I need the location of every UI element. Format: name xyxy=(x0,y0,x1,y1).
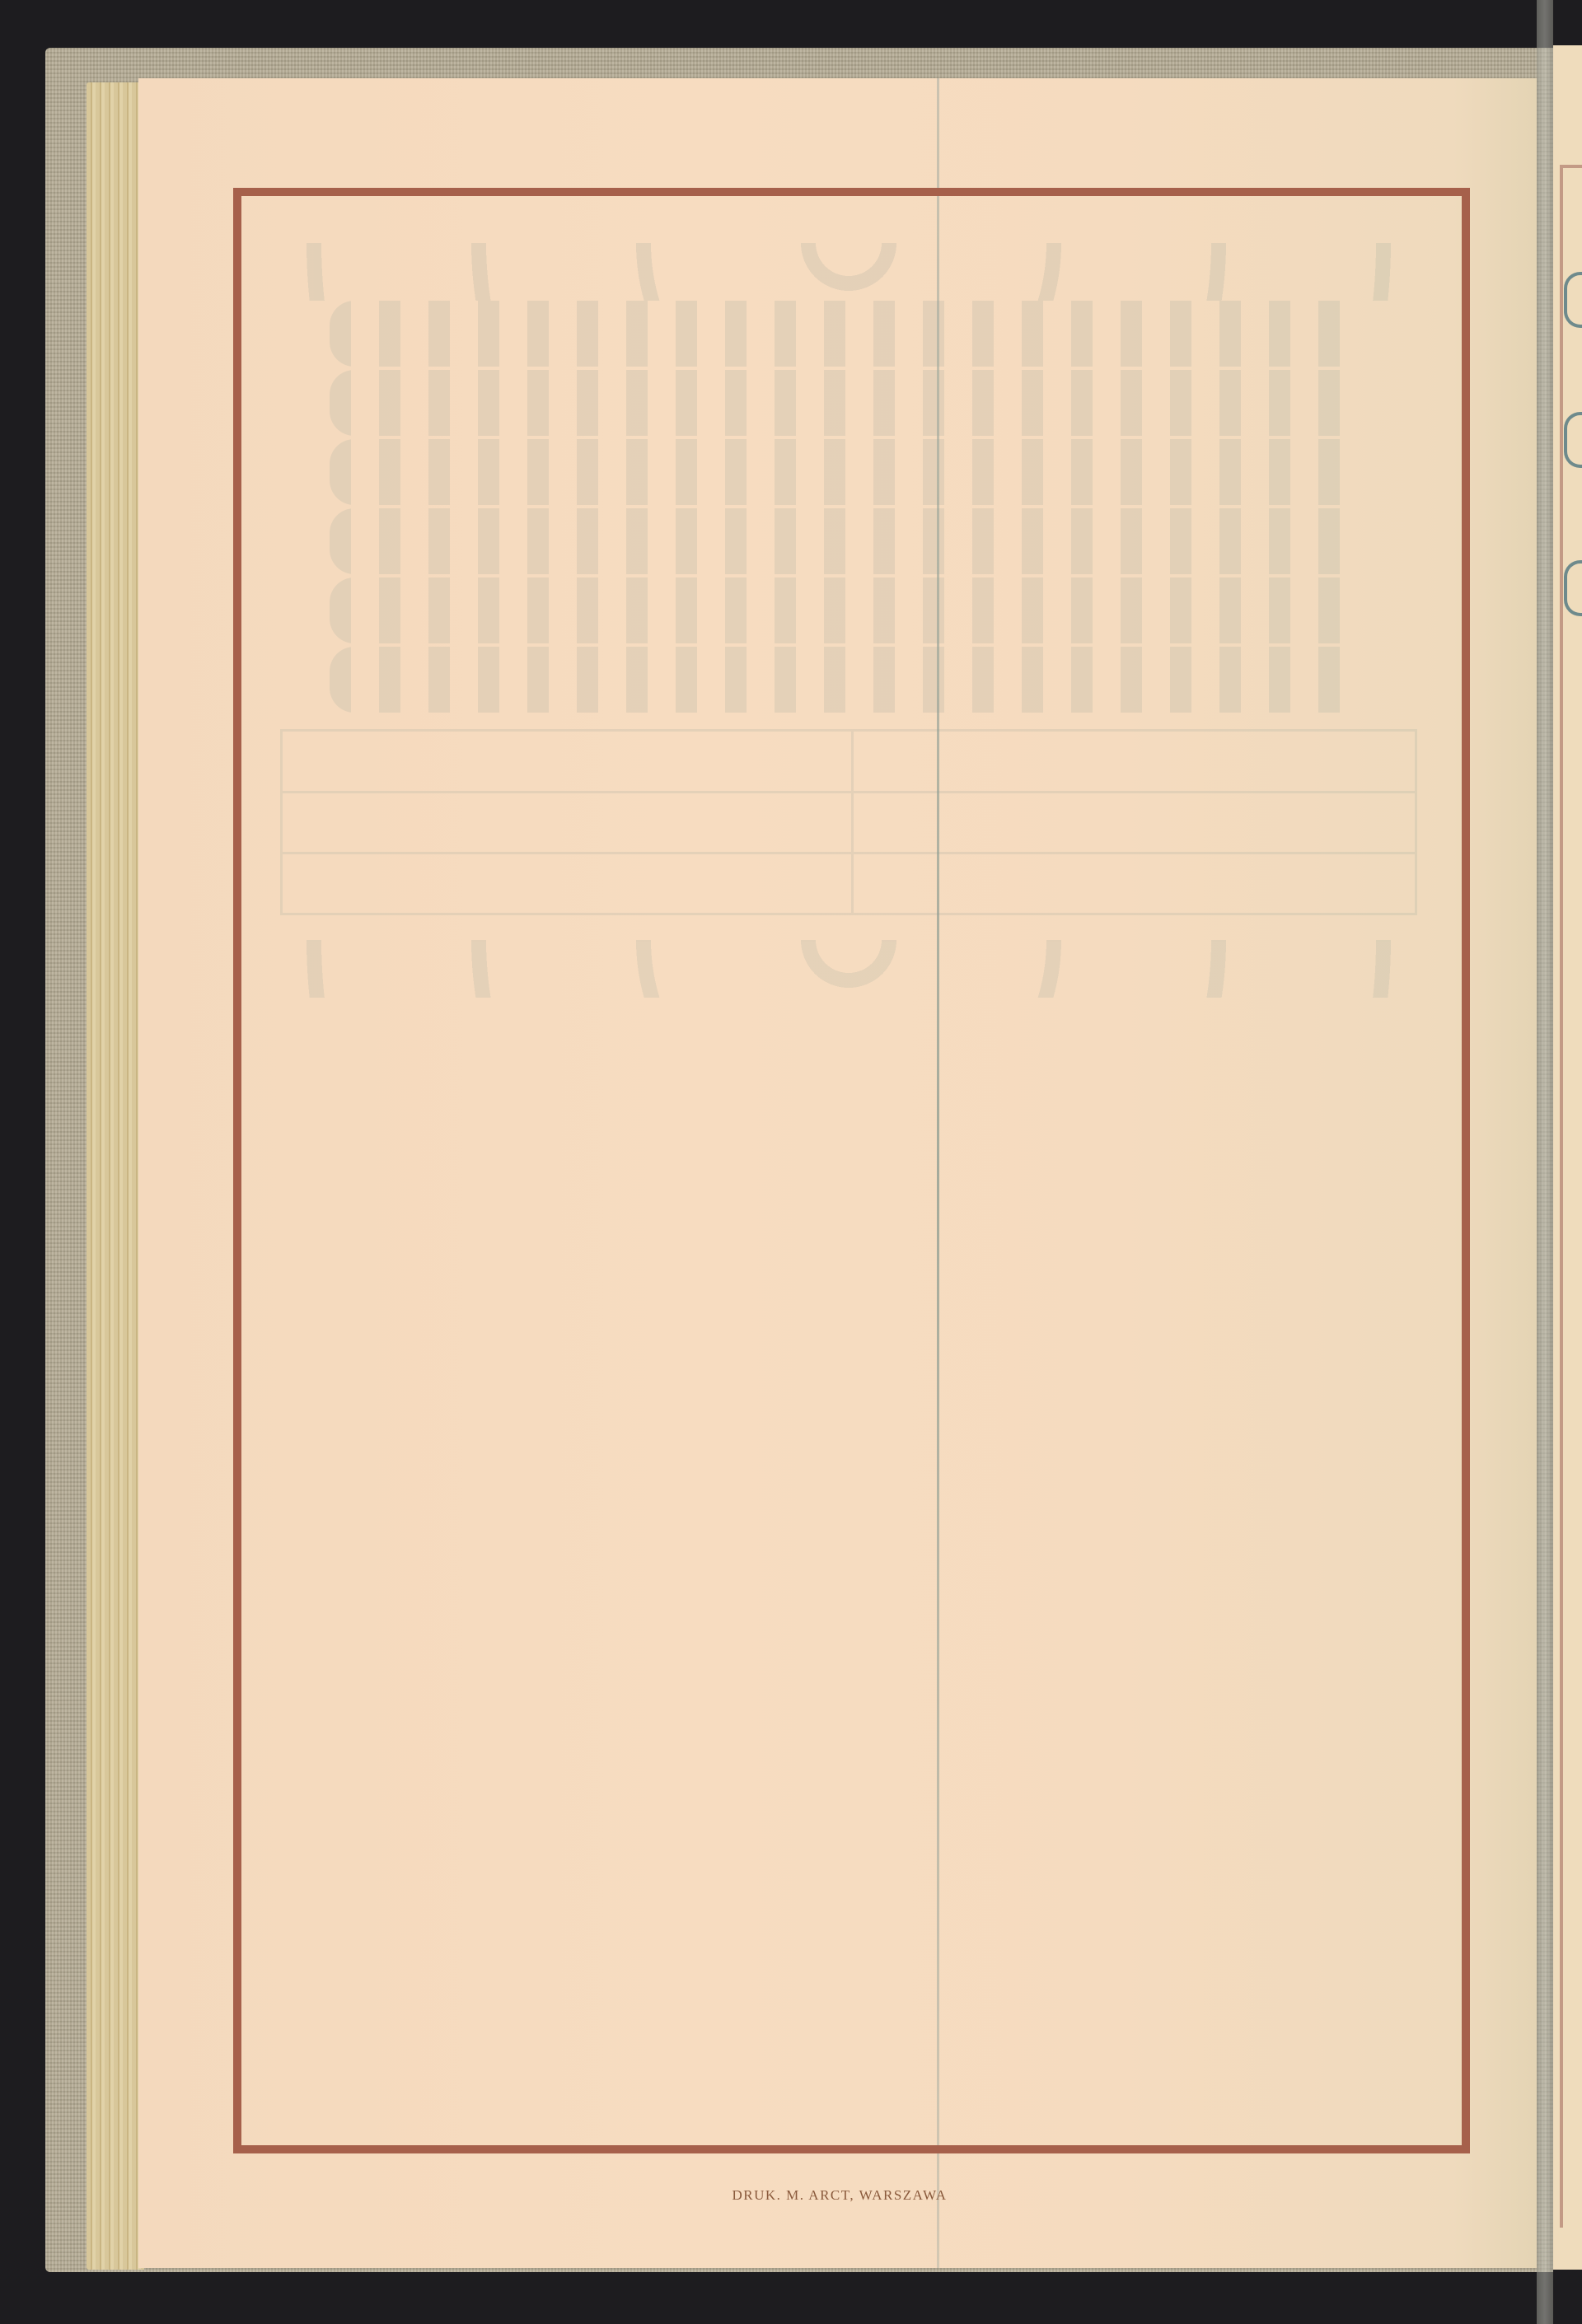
adjacent-page-ornament-icon xyxy=(1564,272,1582,328)
page-edges xyxy=(87,82,144,2270)
adjacent-page-frame xyxy=(1560,165,1582,2228)
adjacent-page-ornament-icon xyxy=(1564,560,1582,616)
plastic-sleeve-edge xyxy=(1537,0,1553,2324)
printer-imprint: DRUK. M. ARCT, WARSZAWA xyxy=(0,2187,1582,2204)
decorative-red-frame xyxy=(233,188,1470,2153)
adjacent-page-ornament-icon xyxy=(1564,412,1582,468)
